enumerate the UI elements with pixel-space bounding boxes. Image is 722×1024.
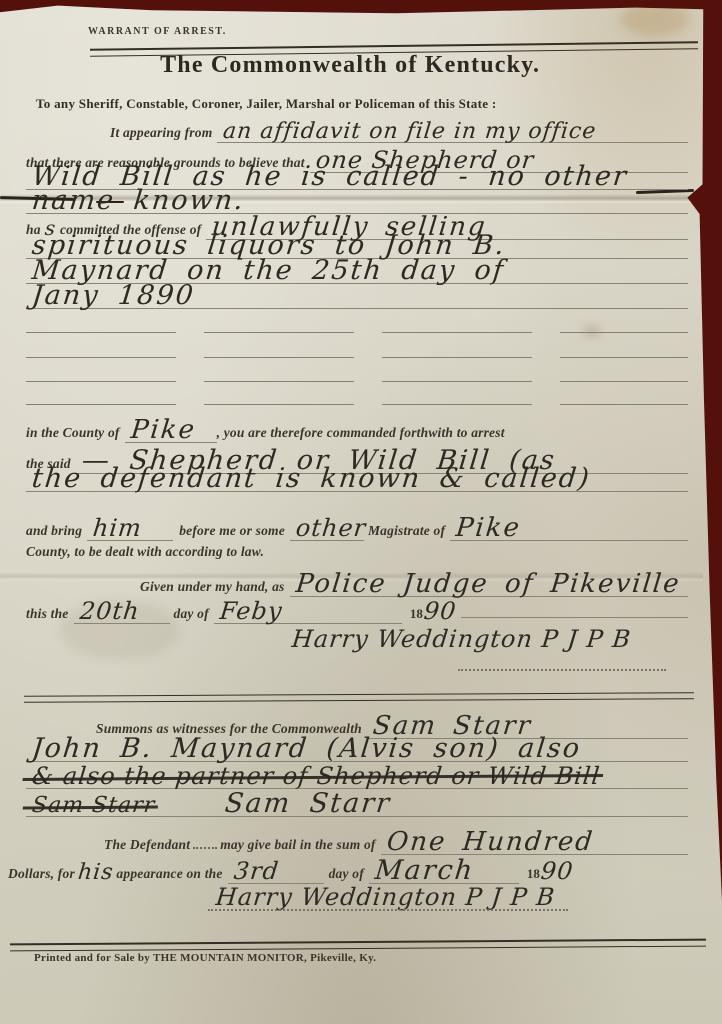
his-handwriting: his xyxy=(74,862,118,884)
witness-handwriting-2: John B. Maynard (Alvis son) also xyxy=(25,735,583,762)
date-trailing-underline xyxy=(461,617,688,618)
section-rule xyxy=(24,692,694,703)
dollars-label: Dollars, for xyxy=(8,866,75,882)
bring-label: and bring xyxy=(26,523,82,539)
paper-stain xyxy=(620,2,690,36)
witnesses-underline-2: John B. Maynard (Alvis son) also xyxy=(26,734,688,762)
signature-row-2: Harry Weddington P J P B xyxy=(210,884,688,908)
bail-row: The Defendant may give bail in the sum o… xyxy=(104,828,688,855)
given-underline: Police Judge of Pikeville xyxy=(290,570,689,597)
appearance-label: appearance on the xyxy=(116,866,222,882)
offense-row-4: Jany 1890 xyxy=(26,281,688,309)
signature-row-1: Harry Weddington P J P B xyxy=(286,626,688,650)
bail-year-printed: 18 xyxy=(527,866,540,882)
printer-credit: Printed and for Sale by THE MOUNTAIN MON… xyxy=(34,952,376,964)
date-month-handwriting: Feby xyxy=(213,599,284,623)
witness-handwriting-3: Sam Starr xyxy=(218,790,393,817)
witnesses-row-2: John B. Maynard (Alvis son) also xyxy=(26,734,688,762)
doc-type-label: WARRANT OF ARREST. xyxy=(88,26,227,37)
bail-day-underline: 3rd xyxy=(228,858,324,884)
date-month-underline: Feby xyxy=(214,598,402,624)
magistrate-label: Magistrate of xyxy=(368,523,445,539)
judge-signature-2: Harry Weddington P J P B xyxy=(209,885,557,909)
offense-underline-4: Jany 1890 xyxy=(26,281,688,309)
dealt-row: County, to be dealt with according to la… xyxy=(26,544,688,560)
paper-stain xyxy=(584,326,600,336)
signature-dotted-line xyxy=(208,908,568,911)
offense-handwriting-4: Jany 1890 xyxy=(25,282,197,309)
blank-ruled-line xyxy=(26,357,688,358)
witnesses-row-3: Sam Starr Sam Starr xyxy=(26,789,688,817)
warrant-paper-sheet: WARRANT OF ARREST. The Commonwealth of K… xyxy=(0,0,722,1024)
date-year-printed: 18 xyxy=(410,606,423,622)
given-label: Given under my hand, as xyxy=(140,579,285,595)
other-handwriting: other xyxy=(289,516,368,540)
date-day-underline: 20th xyxy=(74,598,170,624)
grounds-handwriting-3: name known. xyxy=(25,187,247,214)
date-year-handwriting: 90 xyxy=(422,599,458,623)
said-handwriting-2: the defendant is known & called) xyxy=(25,465,593,492)
said-underline-2: the defendant is known & called) xyxy=(26,464,688,492)
said-row-2: the defendant is known & called) xyxy=(26,464,688,492)
page-title: The Commonwealth of Kentucky. xyxy=(0,52,700,79)
bring-row: and bring him before me or some other Ma… xyxy=(26,514,688,541)
magistrate-underline: Pike xyxy=(450,514,688,541)
bail-amount-underline: One Hundred xyxy=(381,828,688,855)
bail-year-handwriting: 90 xyxy=(539,859,575,883)
salutation-line: To any Sheriff, Constable, Coroner, Jail… xyxy=(36,96,496,112)
magistrate-handwriting: Pike xyxy=(449,515,523,541)
before-label: before me or some xyxy=(179,523,285,539)
blank-ruled-line xyxy=(26,332,688,333)
witness-handwriting-struck: & also the partner of Shepherd or Wild B… xyxy=(25,764,602,788)
county-underline: Pike xyxy=(125,416,217,443)
appearing-underline: an affidavit on file in my office xyxy=(217,120,688,143)
judge-signature-1: Harry Weddington P J P B xyxy=(285,627,633,651)
bring-underline: him xyxy=(87,515,173,541)
bring-handwriting: him xyxy=(86,516,143,540)
short-dotted-line xyxy=(458,668,666,671)
blank-ruled-line xyxy=(26,381,688,382)
date-row: this the 20th day of Feby 18 90 xyxy=(26,598,688,624)
bail-day-handwriting: 3rd xyxy=(226,859,280,883)
county-label: in the County of xyxy=(26,425,120,441)
witnesses-underline-4: Sam Starr Sam Starr xyxy=(26,789,688,817)
bail-month-underline: March xyxy=(369,856,519,884)
appearing-row: It appearing from an affidavit on file i… xyxy=(110,120,688,143)
witness-name-struck: Sam Starr xyxy=(25,795,156,817)
photo-of-warrant: { "colors": { "background_maroon": "#541… xyxy=(0,0,722,1024)
grounds-row-3: name known. xyxy=(26,186,688,214)
day-of-label: day of xyxy=(329,866,364,882)
blank-ruled-line xyxy=(26,404,688,405)
county-handwriting: Pike xyxy=(123,417,197,443)
county-suffix: , you are therefore commanded forthwith … xyxy=(217,425,505,441)
county-row: in the County of Pike , you are therefor… xyxy=(26,416,688,443)
other-underline: other xyxy=(290,515,364,541)
bail-month-handwriting: March xyxy=(367,857,475,884)
appearing-handwriting: an affidavit on file in my office xyxy=(216,121,598,143)
grounds-underline-3: name known. xyxy=(26,186,688,214)
witnesses-struck-row: & also the partner of Shepherd or Wild B… xyxy=(26,763,688,789)
bail-amount-handwriting: One Hundred xyxy=(379,829,595,855)
date-label-2: day of xyxy=(174,606,209,622)
date-label-1: this the xyxy=(26,606,69,622)
given-handwriting: Police Judge of Pikeville xyxy=(288,571,681,597)
witnesses-underline-3: & also the partner of Shepherd or Wild B… xyxy=(26,763,688,789)
bail-label: may give bail in the sum of xyxy=(220,837,375,853)
dealt-label: County, to be dealt with according to la… xyxy=(26,544,264,560)
dollars-row: Dollars, for his appearance on the 3rd d… xyxy=(8,856,688,884)
date-day-handwriting: 20th xyxy=(72,599,140,623)
given-row: Given under my hand, as Police Judge of … xyxy=(140,570,688,597)
footer-rule xyxy=(10,939,706,952)
defendant-label: The Defendant xyxy=(104,837,190,853)
appearing-label: It appearing from xyxy=(110,125,212,141)
bail-dotted-gap xyxy=(193,847,217,849)
